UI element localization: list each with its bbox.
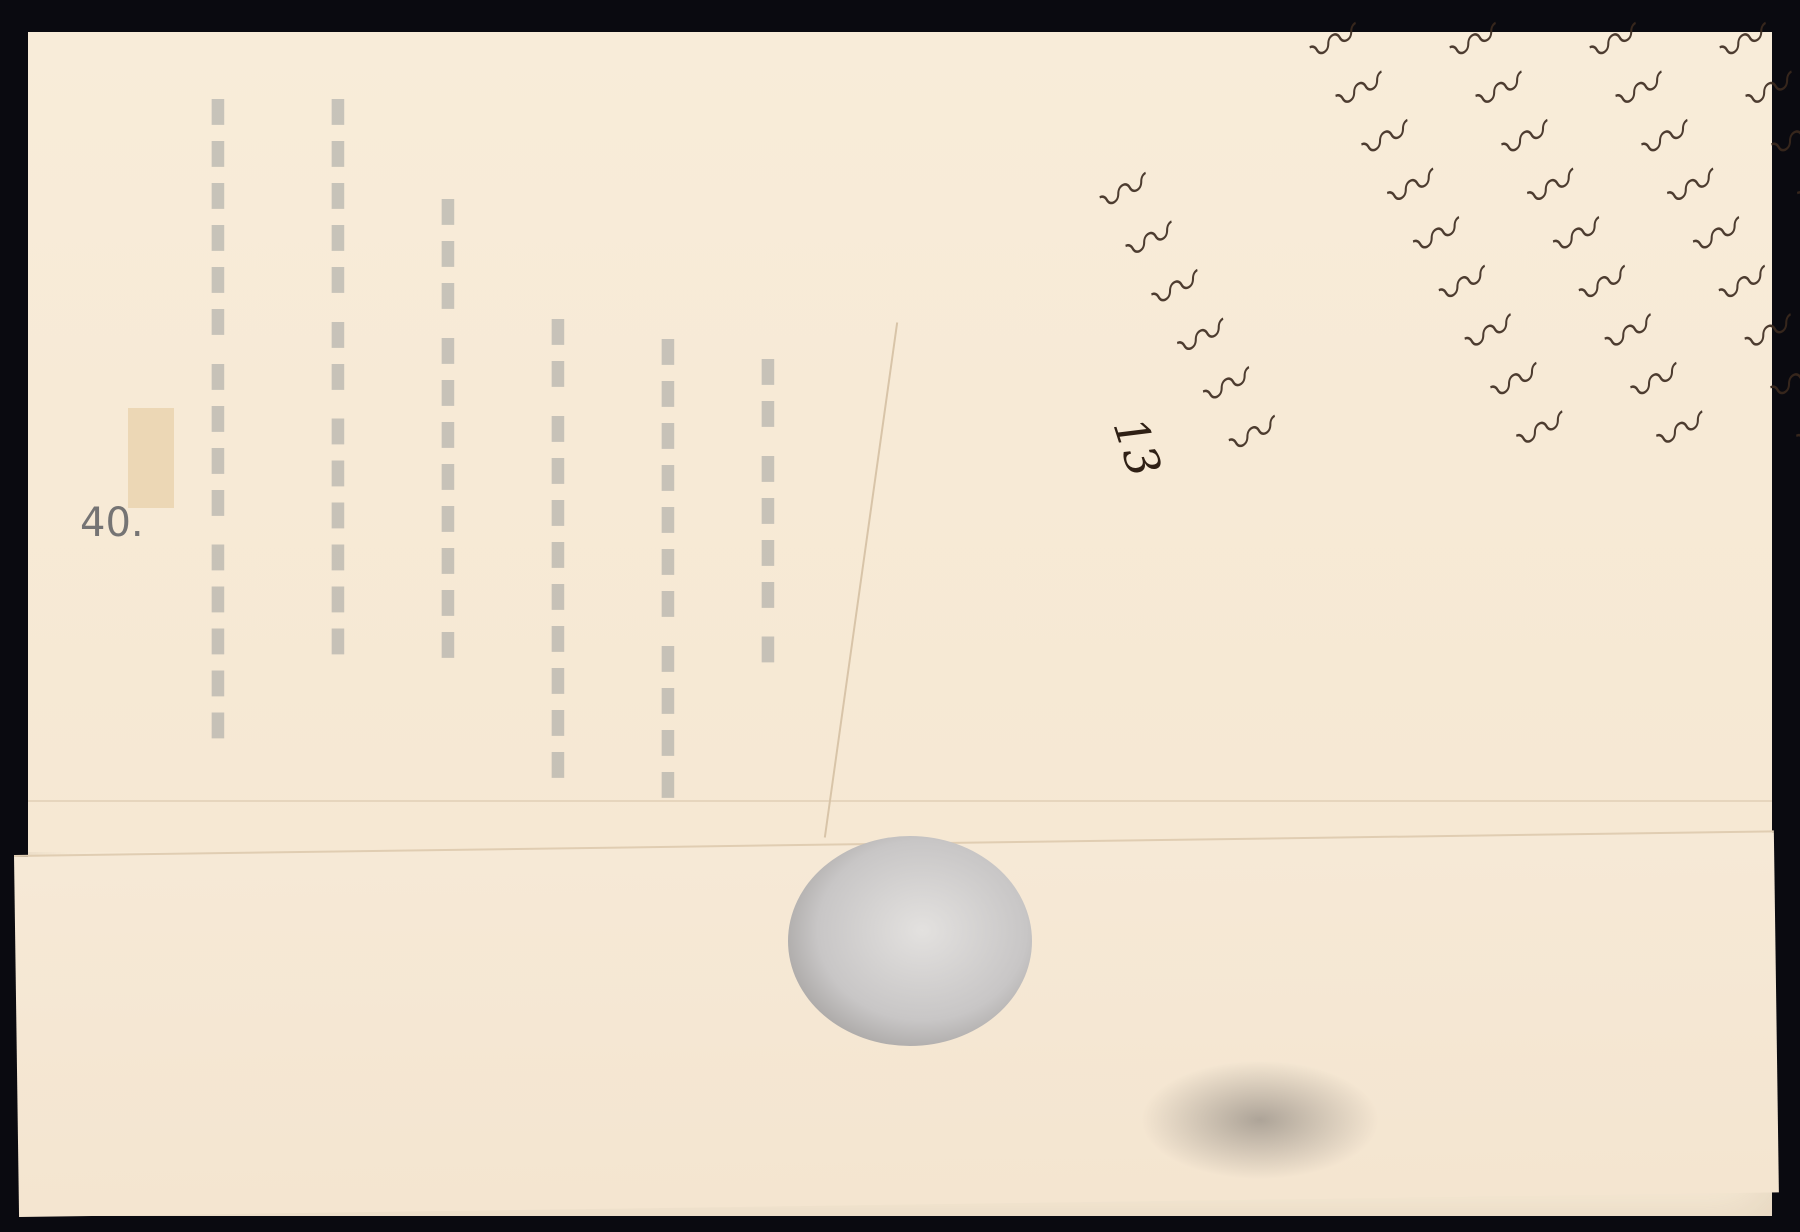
bleed-through-text: ▮▮▮▮▮▮▮▮ ▮▮▮: [428, 192, 468, 667]
bleed-through-text: ▮ ▮▮▮▮ ▮▮: [748, 352, 788, 672]
wafer-seal: [788, 836, 1032, 1046]
paper-tape-remnant: [128, 408, 174, 508]
ink-smudge: [1140, 1060, 1380, 1180]
bleed-through-text: ▮▮▮▮▮▮ ▮▮ ▮▮▮▮▮: [318, 92, 358, 664]
pencil-annotation: 40.: [80, 500, 144, 546]
fold-line: [28, 800, 1772, 802]
bleed-through-text: ▮▮▮▮▮▮▮▮▮ ▮▮: [538, 312, 578, 787]
bleed-through-text: ▮▮▮▮▮ ▮▮▮▮ ▮▮▮▮▮▮: [198, 92, 238, 748]
bleed-through-text: ▮▮▮▮ ▮▮▮▮▮▮▮: [648, 332, 688, 807]
